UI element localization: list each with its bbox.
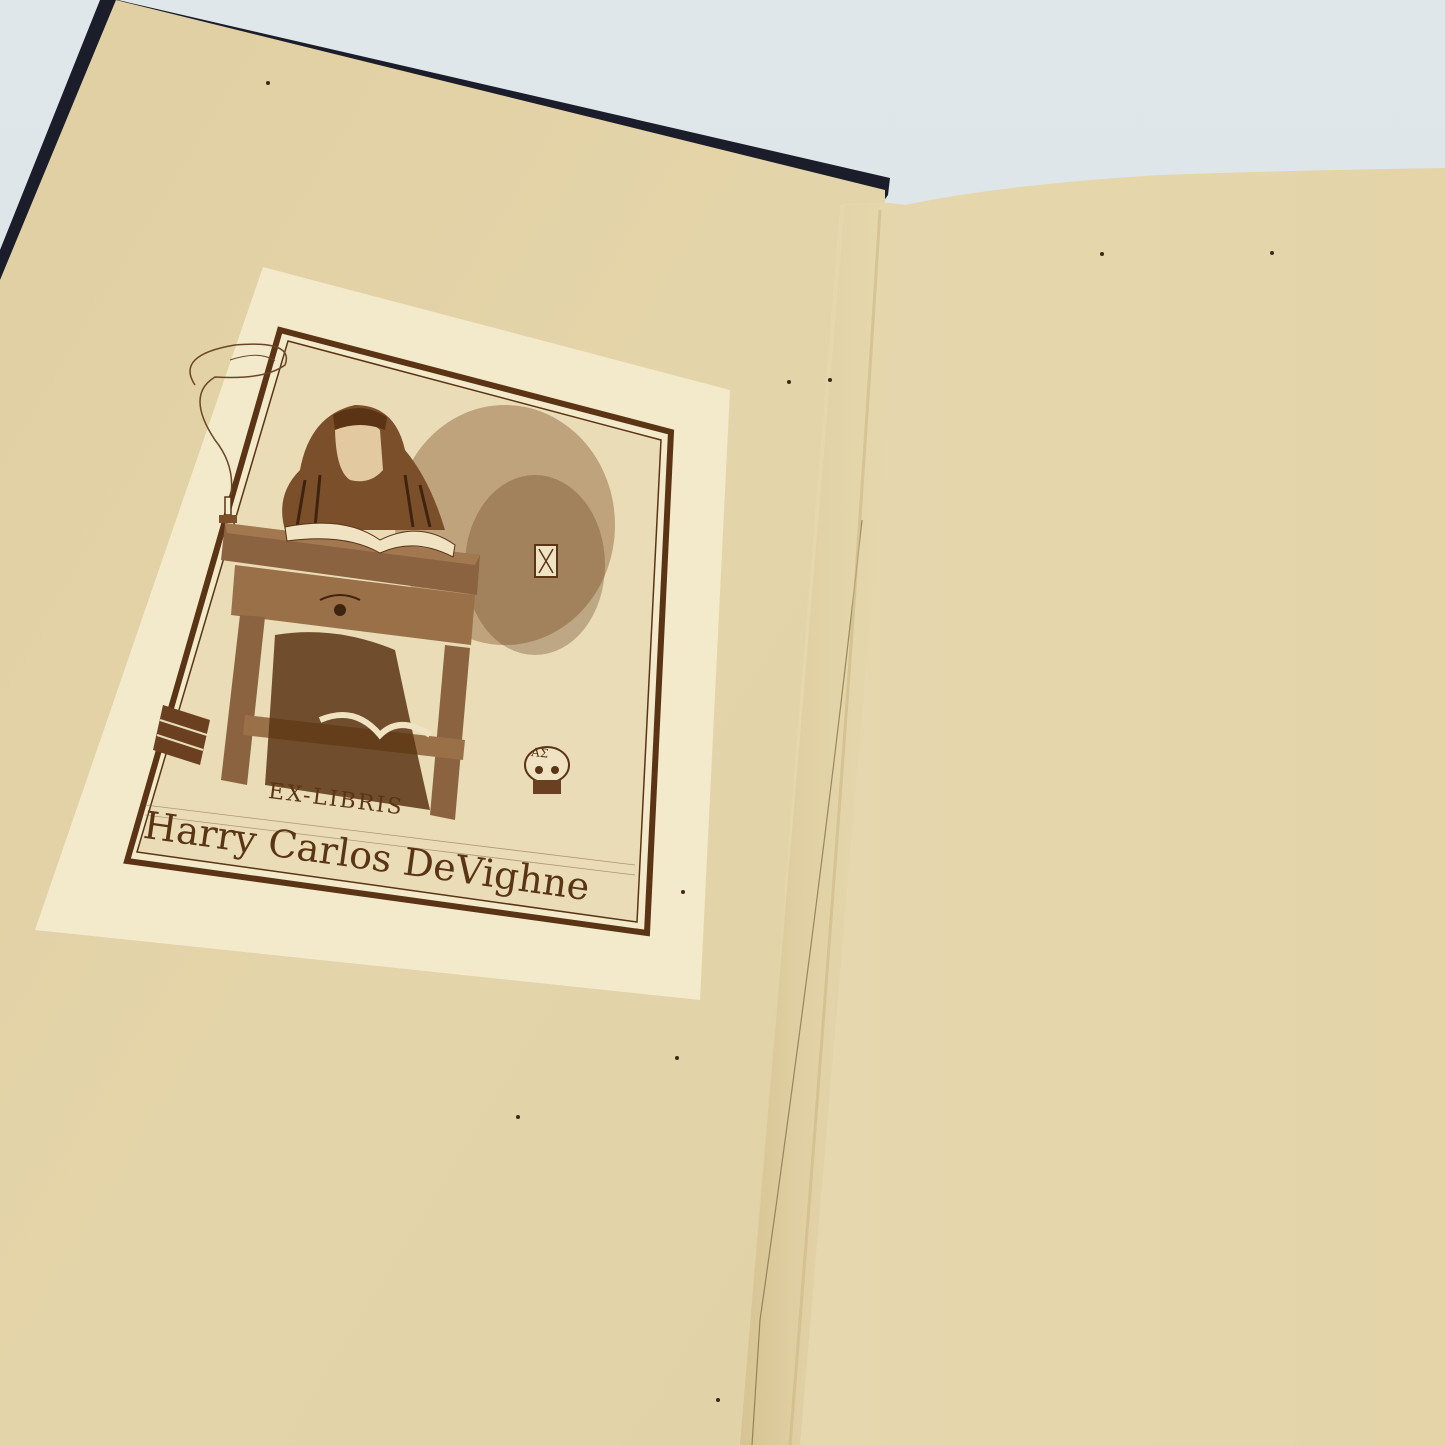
paper-speck bbox=[675, 1056, 679, 1060]
bookplate: ΑΣ EX-LIBRIS Harry Carlos DeVighne bbox=[35, 265, 735, 1000]
paper-speck bbox=[1270, 251, 1274, 255]
paper-speck bbox=[787, 380, 791, 384]
paper-speck bbox=[266, 81, 270, 85]
paper-speck bbox=[681, 890, 685, 894]
emblem-letters: ΑΣ bbox=[531, 745, 550, 761]
paper-speck bbox=[1100, 252, 1104, 256]
paper-speck bbox=[516, 1115, 520, 1119]
paper-speck bbox=[716, 1398, 720, 1402]
paper-speck bbox=[828, 378, 832, 382]
bookplate-illustration bbox=[35, 265, 735, 1000]
photo-scene: ΑΣ EX-LIBRIS Harry Carlos DeVighne bbox=[0, 0, 1445, 1445]
